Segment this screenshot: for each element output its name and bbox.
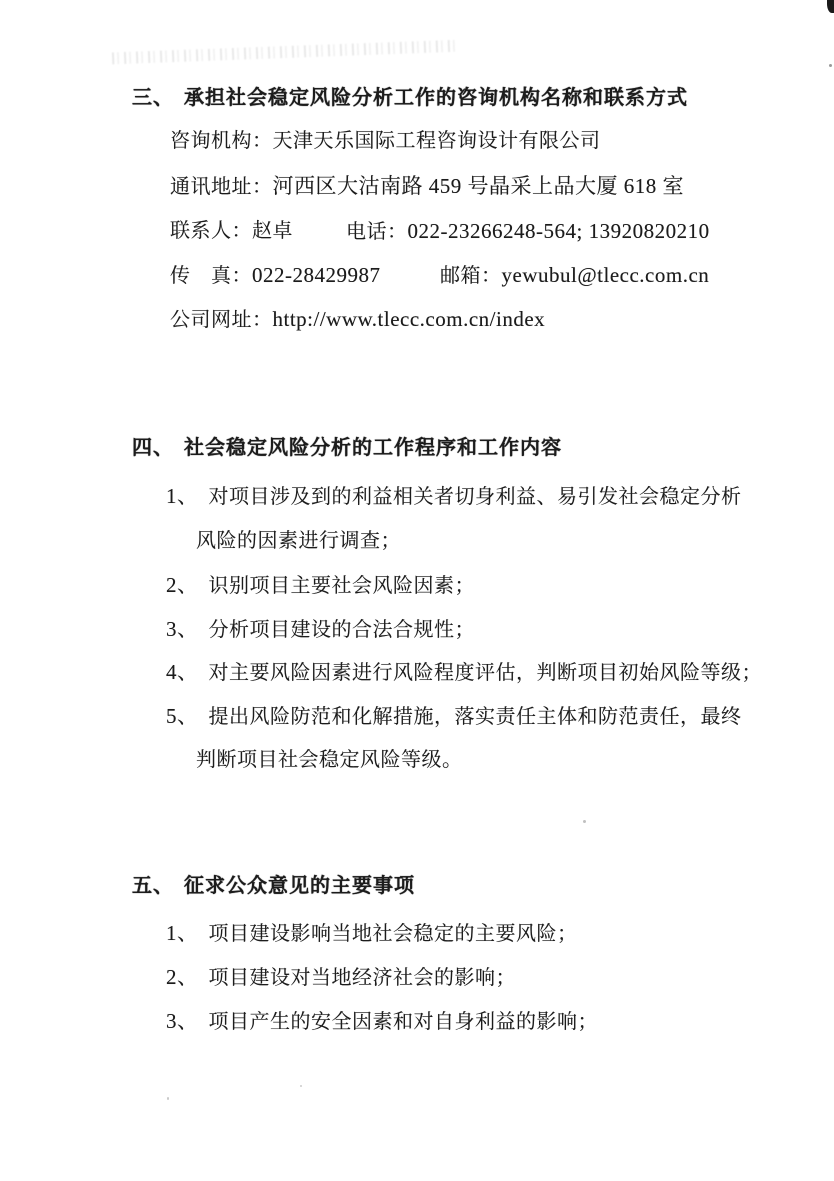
list-item-text: 分析项目建设的合法合规性； — [209, 619, 476, 641]
list-item: 1、对项目涉及到的利益相关者切身利益、易引发社会稳定分析 — [166, 486, 742, 507]
scanned-document-page: 三、承担社会稳定风险分析工作的咨询机构名称和联系方式 咨询机构：天津天乐国际工程… — [0, 0, 834, 1181]
phone-label: 电话： — [346, 221, 408, 243]
list-item: 5、提出风险防范和化解措施，落实责任主体和防范责任，最终 — [166, 706, 742, 727]
section-5-title: 征求公众意见的主要事项 — [184, 875, 415, 897]
list-item-continuation: 判断项目社会稳定风险等级。 — [196, 750, 463, 770]
list-item-number: 1、 — [166, 921, 199, 945]
scan-corner-mark — [827, 0, 834, 13]
section-3-number: 三、 — [132, 87, 174, 109]
section-4-number: 四、 — [132, 437, 174, 459]
list-item: 2、项目建设对当地经济社会的影响； — [166, 967, 516, 988]
fax-value: 022-28429987 — [252, 263, 381, 287]
list-item-number: 1、 — [166, 484, 199, 508]
section-4-heading: 四、社会稳定风险分析的工作程序和工作内容 — [132, 438, 562, 458]
contact-person-line: 联系人：赵卓 — [170, 221, 293, 241]
fax-line: 传 真：022-28429987 — [170, 265, 381, 286]
scan-speck — [167, 1097, 169, 1100]
phone-line: 电话：022-23266248-564; 13920820210 — [346, 221, 710, 242]
section-4-title: 社会稳定风险分析的工作程序和工作内容 — [184, 437, 562, 459]
contact-person-label: 联系人： — [170, 220, 252, 242]
contact-person-value: 赵卓 — [252, 220, 293, 242]
list-item-number: 2、 — [166, 573, 199, 597]
list-item-number: 2、 — [166, 965, 199, 989]
section-3-title: 承担社会稳定风险分析工作的咨询机构名称和联系方式 — [184, 87, 688, 109]
scan-speck — [300, 1085, 302, 1087]
scan-speck — [583, 820, 586, 823]
mailing-address-line: 通讯地址：河西区大沽南路 459 号晶采上品大厦 618 室 — [170, 176, 684, 197]
list-item-text: 提出风险防范和化解措施，落实责任主体和防范责任，最终 — [209, 706, 742, 728]
website-value: http://www.tlecc.com.cn/index — [273, 307, 546, 331]
list-item-continuation: 风险的因素进行调查； — [196, 531, 401, 551]
section-5-heading: 五、征求公众意见的主要事项 — [132, 876, 415, 896]
website-line: 公司网址：http://www.tlecc.com.cn/index — [170, 309, 545, 330]
list-item: 3、分析项目建设的合法合规性； — [166, 619, 475, 640]
mailing-address-value: 河西区大沽南路 459 号晶采上品大厦 618 室 — [273, 174, 685, 198]
list-item: 3、项目产生的安全因素和对自身利益的影响； — [166, 1011, 598, 1032]
list-item-number: 5、 — [166, 704, 199, 728]
fax-label: 传 真： — [170, 265, 252, 287]
list-item: 1、项目建设影响当地社会稳定的主要风险； — [166, 923, 578, 944]
list-item: 2、识别项目主要社会风险因素； — [166, 575, 475, 596]
email-label: 邮箱： — [440, 265, 502, 287]
phone-value: 022-23266248-564; 13920820210 — [408, 219, 710, 243]
list-item-text: 对项目涉及到的利益相关者切身利益、易引发社会稳定分析 — [209, 486, 742, 508]
consulting-org-line: 咨询机构：天津天乐国际工程咨询设计有限公司 — [170, 131, 601, 151]
email-line: 邮箱：yewubul@tlecc.com.cn — [440, 265, 709, 286]
website-label: 公司网址： — [170, 309, 273, 331]
section-3-heading: 三、承担社会稳定风险分析工作的咨询机构名称和联系方式 — [132, 88, 688, 108]
list-item-text: 项目建设对当地经济社会的影响； — [209, 967, 517, 989]
list-item-text: 项目建设影响当地社会稳定的主要风险； — [209, 923, 578, 945]
list-item: 4、对主要风险因素进行风险程度评估，判断项目初始风险等级； — [166, 662, 762, 683]
list-item-number: 3、 — [166, 1009, 199, 1033]
scan-speck — [829, 64, 832, 67]
list-item-text: 项目产生的安全因素和对自身利益的影响； — [209, 1011, 599, 1033]
list-item-text: 风险的因素进行调查； — [196, 530, 401, 552]
list-item-number: 4、 — [166, 660, 199, 684]
email-value: yewubul@tlecc.com.cn — [502, 263, 710, 287]
list-item-number: 3、 — [166, 617, 199, 641]
consulting-org-label: 咨询机构： — [170, 130, 273, 152]
mailing-address-label: 通讯地址： — [170, 176, 273, 198]
list-item-text: 识别项目主要社会风险因素； — [209, 575, 476, 597]
list-item-text: 判断项目社会稳定风险等级。 — [196, 749, 463, 771]
consulting-org-value: 天津天乐国际工程咨询设计有限公司 — [273, 130, 601, 152]
list-item-text: 对主要风险因素进行风险程度评估，判断项目初始风险等级； — [209, 662, 763, 684]
scan-bleedthrough-artifact — [112, 40, 460, 65]
section-5-number: 五、 — [132, 875, 174, 897]
